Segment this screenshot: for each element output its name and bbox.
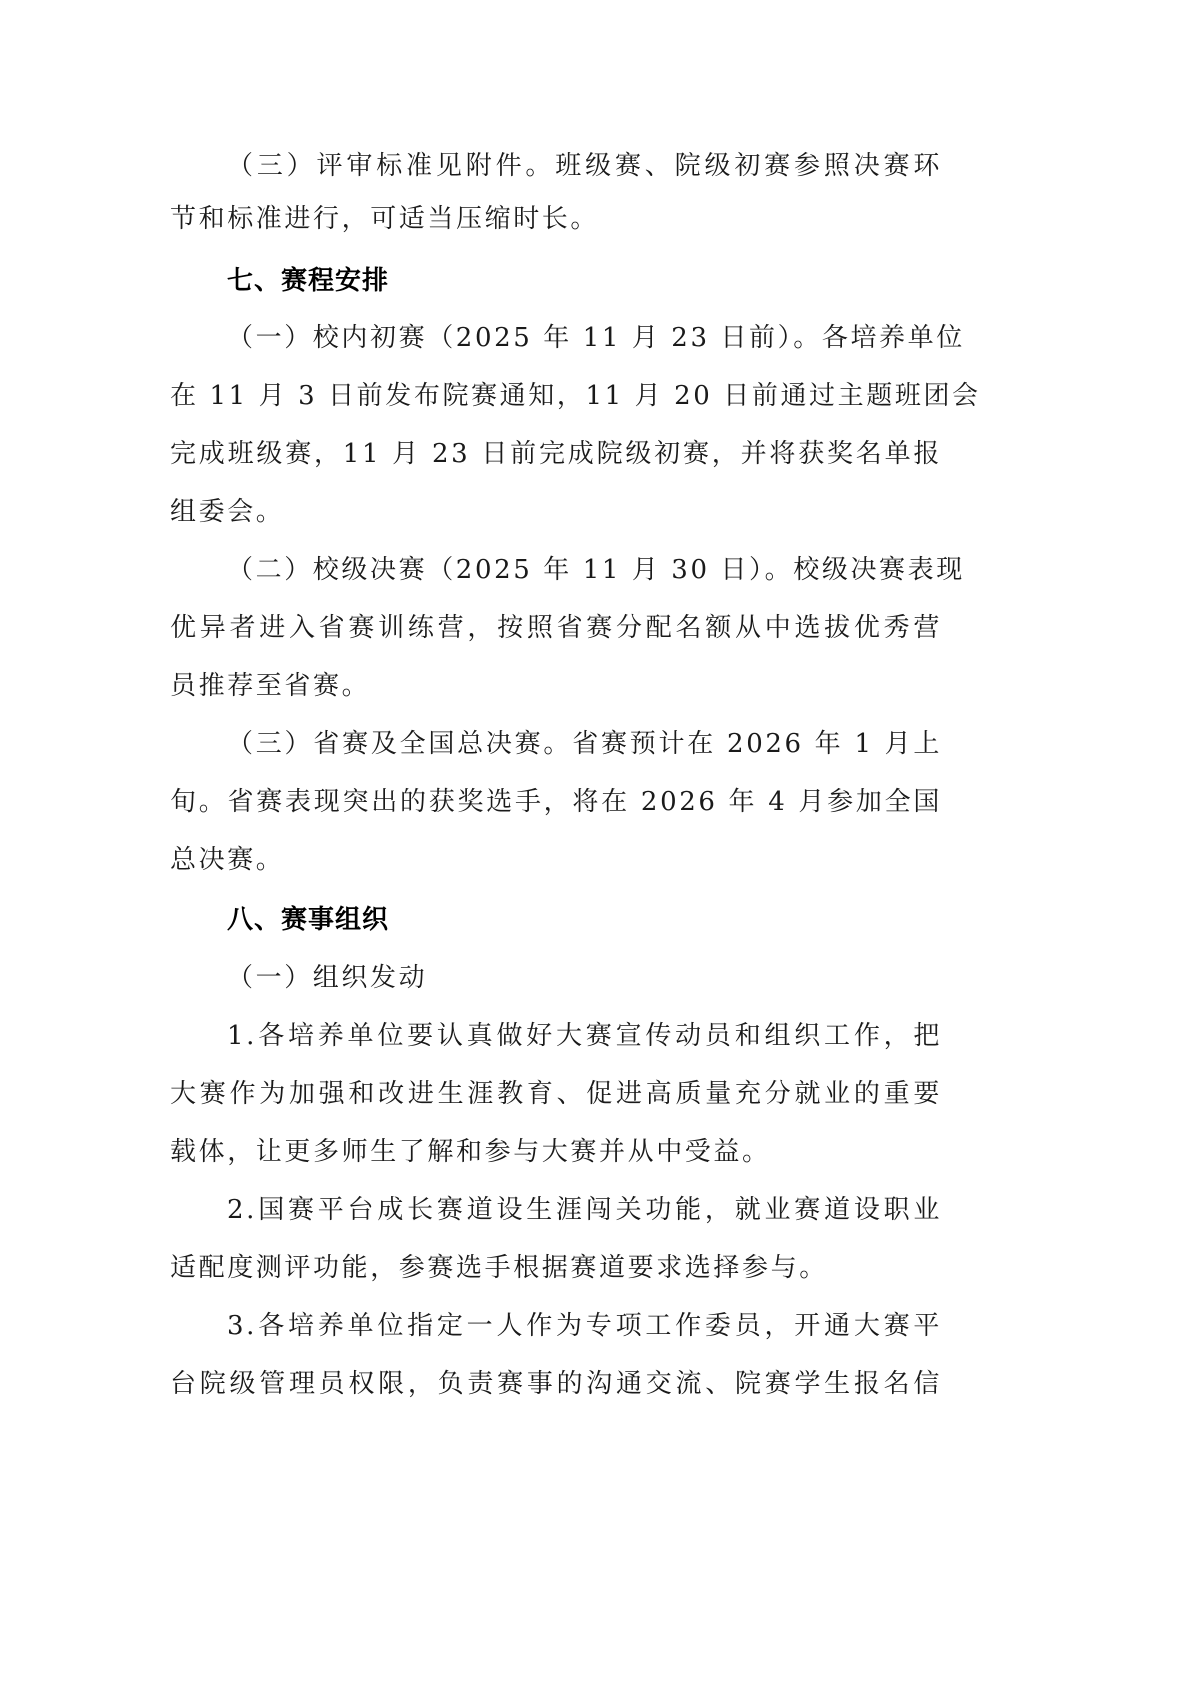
section-heading-schedule: 七、赛程安排 <box>227 261 389 301</box>
paragraph-line: 台院级管理员权限，负责赛事的沟通交流、院赛学生报名信 <box>170 1364 942 1404</box>
paragraph-line: （一）校内初赛（2025 年 11 月 23 日前）。各培养单位 <box>227 318 942 358</box>
paragraph-line: 节和标准进行，可适当压缩时长。 <box>170 199 942 239</box>
paragraph-line: 大赛作为加强和改进生涯教育、促进高质量充分就业的重要 <box>170 1074 942 1114</box>
paragraph-line: 适配度测评功能，参赛选手根据赛道要求选择参与。 <box>170 1248 942 1288</box>
paragraph-line: 1.各培养单位要认真做好大赛宣传动员和组织工作，把 <box>227 1016 942 1056</box>
paragraph-line: 完成班级赛，11 月 23 日前完成院级初赛，并将获奖名单报 <box>170 434 942 474</box>
paragraph-line: 3.各培养单位指定一人作为专项工作委员，开通大赛平 <box>227 1306 942 1346</box>
paragraph-line: 总决赛。 <box>170 840 942 880</box>
paragraph-line: （三）省赛及全国总决赛。省赛预计在 2026 年 1 月上 <box>227 724 942 764</box>
section-heading-organization: 八、赛事组织 <box>227 900 389 940</box>
paragraph-line: 员推荐至省赛。 <box>170 666 942 706</box>
paragraph-line: 旬。省赛表现突出的获奖选手，将在 2026 年 4 月参加全国 <box>170 782 942 822</box>
paragraph-line: 优异者进入省赛训练营，按照省赛分配名额从中选拔优秀营 <box>170 608 942 648</box>
paragraph-line: 载体，让更多师生了解和参与大赛并从中受益。 <box>170 1132 942 1172</box>
document-page: （三）评审标准见附件。班级赛、院级初赛参照决赛环 节和标准进行，可适当压缩时长。… <box>0 0 1190 1683</box>
paragraph-line: 在 11 月 3 日前发布院赛通知，11 月 20 日前通过主题班团会 <box>170 376 942 416</box>
paragraph-line: 组委会。 <box>170 492 942 532</box>
subsection-heading: （一）组织发动 <box>227 958 942 998</box>
paragraph-line: 2.国赛平台成长赛道设生涯闯关功能，就业赛道设职业 <box>227 1190 942 1230</box>
paragraph-line: （三）评审标准见附件。班级赛、院级初赛参照决赛环 <box>227 146 942 186</box>
paragraph-line: （二）校级决赛（2025 年 11 月 30 日）。校级决赛表现 <box>227 550 942 590</box>
